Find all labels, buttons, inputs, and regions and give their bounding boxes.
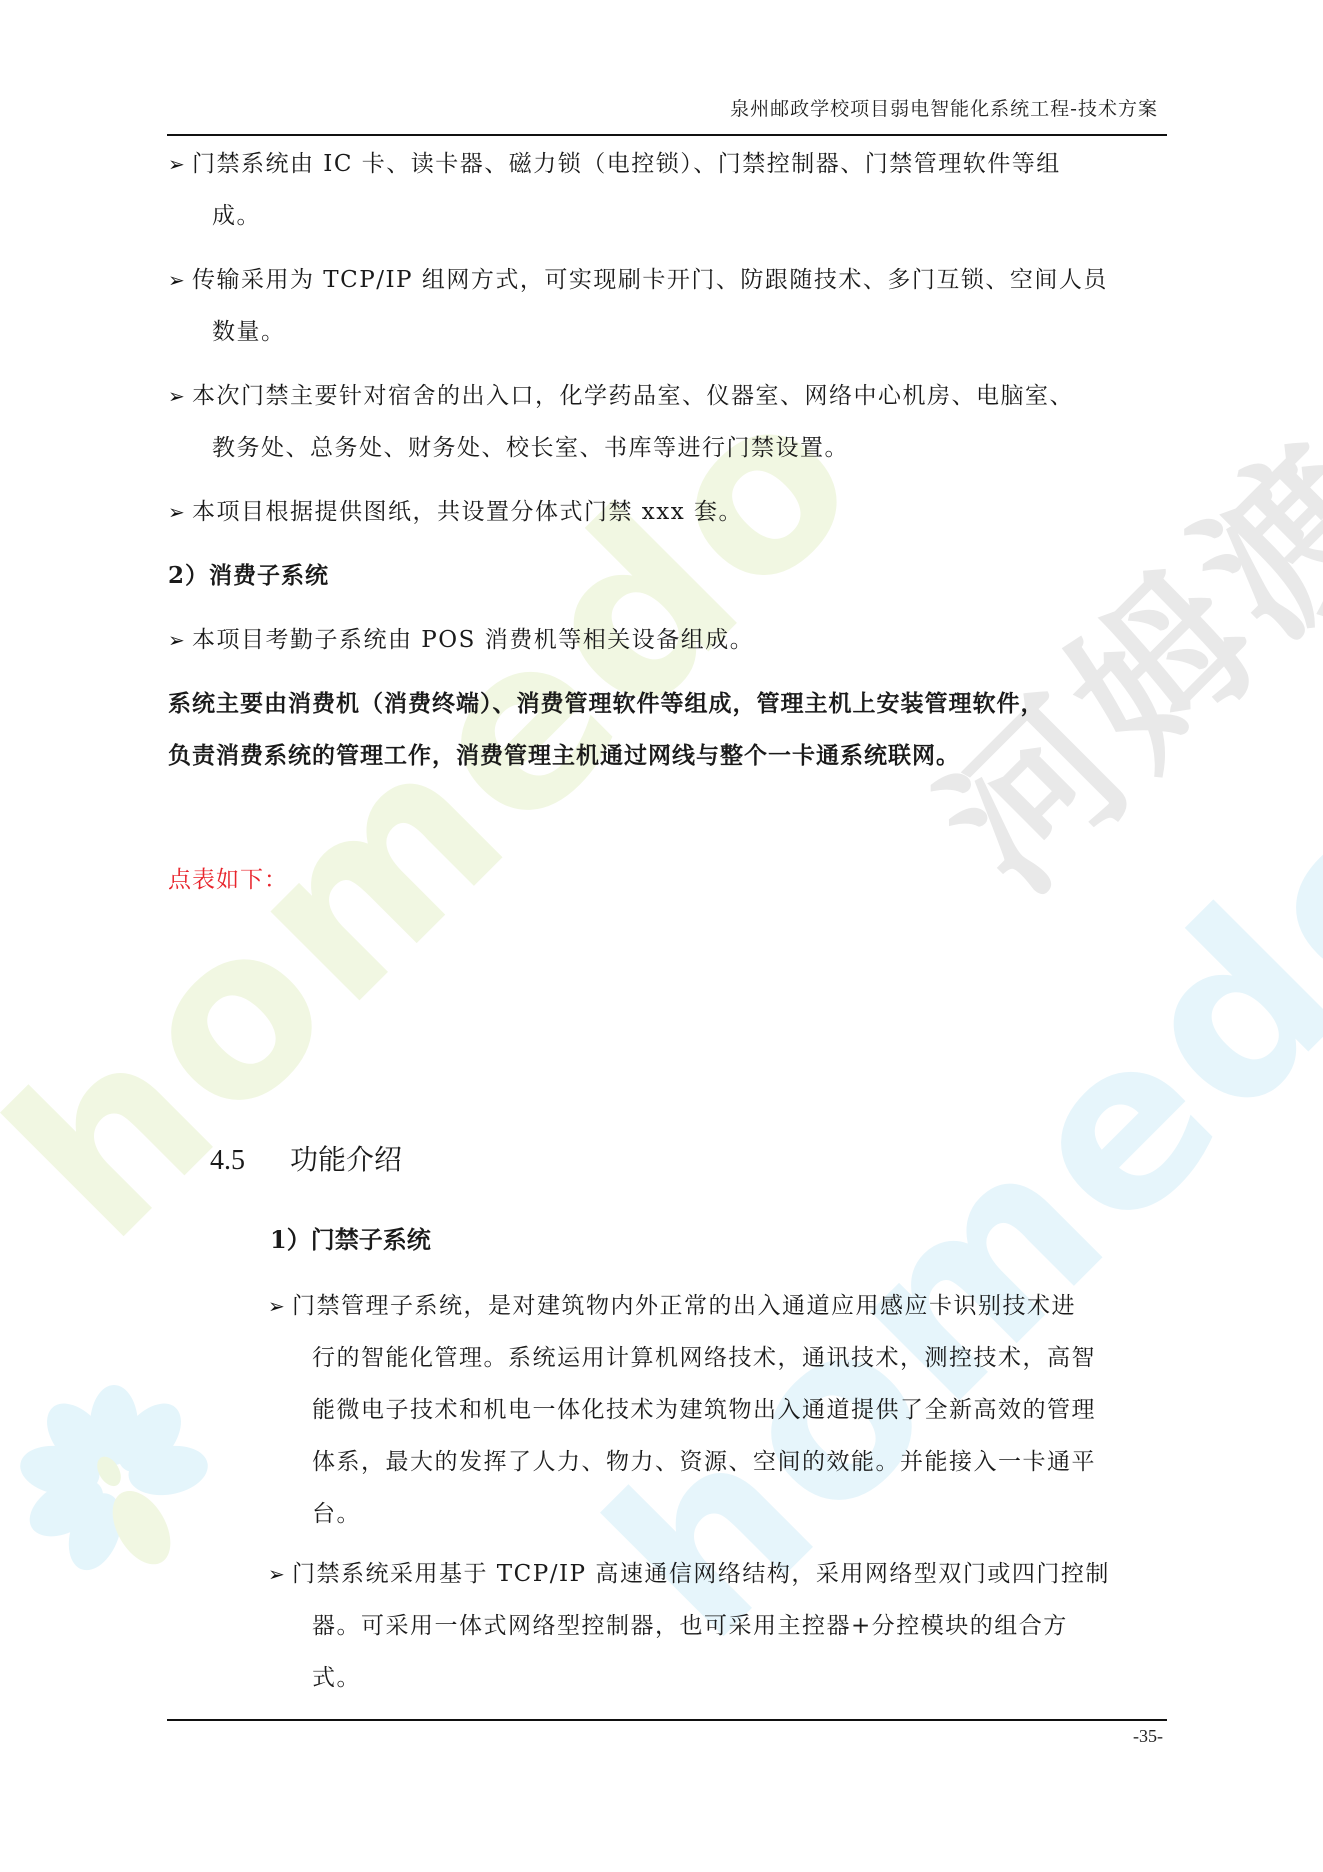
section-heading: 4.5功能介绍 (210, 1138, 402, 1178)
bold-paragraph-line: 负责消费系统的管理工作，消费管理主机通过网线与整个一卡通系统联网。 (168, 730, 1168, 782)
arrow-bullet-icon: ➢ (168, 486, 186, 538)
content-bottom: ➢ 门禁管理子系统，是对建筑物内外正常的出入通道应用感应卡识别技术进 行的智能化… (268, 1280, 1168, 1716)
list-item: ➢ 门禁管理子系统，是对建筑物内外正常的出入通道应用感应卡识别技术进 行的智能化… (268, 1280, 1168, 1540)
content-top: ➢ 门禁系统由 IC 卡、读卡器、磁力锁（电控锁）、门禁控制器、门禁管理软件等组… (168, 138, 1168, 900)
list-item: ➢ 本项目根据提供图纸，共设置分体式门禁 xxx 套。 (168, 486, 1168, 538)
arrow-bullet-icon: ➢ (168, 254, 186, 306)
arrow-bullet-icon: ➢ (168, 614, 186, 666)
header-rule (167, 134, 1167, 136)
subsection-heading: 2）消费子系统 (168, 550, 1168, 602)
arrow-bullet-icon: ➢ (268, 1548, 286, 1600)
footer-rule (167, 1719, 1167, 1721)
list-item: ➢ 门禁系统采用基于 TCP/IP 高速通信网络结构，采用网络型双门或四门控制 … (268, 1548, 1168, 1704)
arrow-bullet-icon: ➢ (168, 370, 186, 422)
arrow-bullet-icon: ➢ (268, 1280, 286, 1332)
list-item: ➢ 本次门禁主要针对宿舍的出入口，化学药品室、仪器室、网络中心机房、电脑室、 教… (168, 370, 1168, 474)
arrow-bullet-icon: ➢ (168, 138, 186, 190)
page-number: -35- (1133, 1726, 1163, 1747)
header-title: 泉州邮政学校项目弱电智能化系统工程-技术方案 (730, 94, 1158, 121)
section-title: 功能介绍 (290, 1143, 402, 1176)
list-item: ➢ 传输采用为 TCP/IP 组网方式，可实现刷卡开门、防跟随技术、多门互锁、空… (168, 254, 1168, 358)
section-number: 4.5 (210, 1145, 290, 1177)
document-page: 泉州邮政学校项目弱电智能化系统工程-技术方案 ➢ 门禁系统由 IC 卡、读卡器、… (0, 0, 1323, 1872)
table-note: 点表如下： (168, 860, 1168, 900)
bold-paragraph-line: 系统主要由消费机（消费终端）、消费管理软件等组成，管理主机上安装管理软件， (168, 678, 1168, 730)
list-item: ➢ 门禁系统由 IC 卡、读卡器、磁力锁（电控锁）、门禁控制器、门禁管理软件等组… (168, 138, 1168, 242)
subsection-heading: 1）门禁子系统 (270, 1220, 431, 1255)
list-item: ➢ 本项目考勤子系统由 POS 消费机等相关设备组成。 (168, 614, 1168, 666)
